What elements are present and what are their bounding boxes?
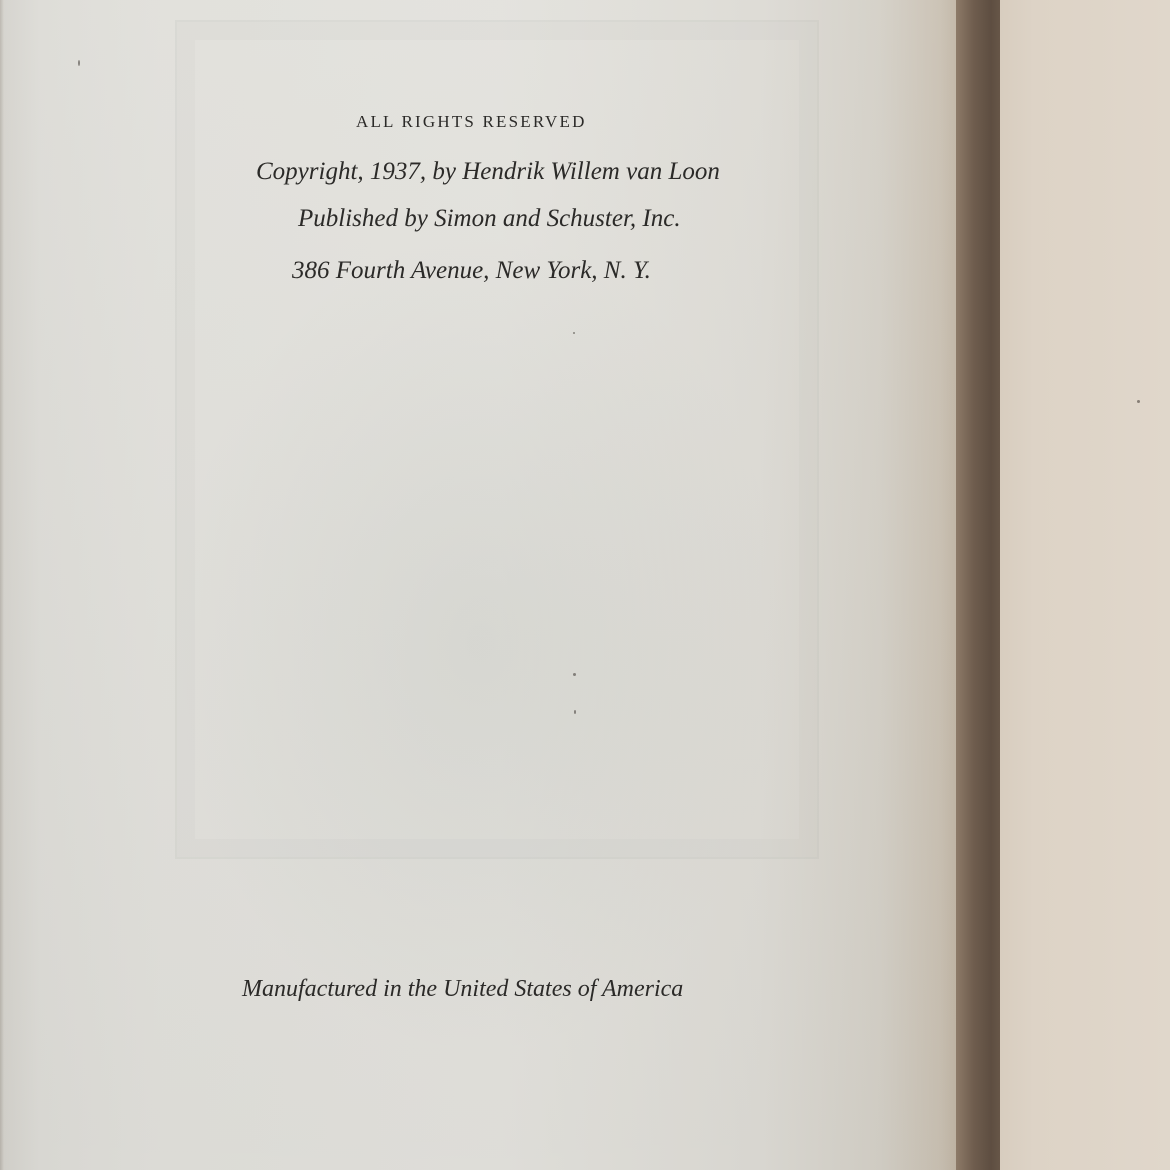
paper-speck	[574, 710, 576, 714]
paper-speck	[573, 673, 576, 676]
paper-speck	[78, 60, 80, 66]
show-through-frame	[175, 20, 819, 859]
right-page	[1000, 0, 1170, 1170]
publisher-line: Published by Simon and Schuster, Inc.	[298, 205, 681, 233]
copyright-line: Copyright, 1937, by Hendrik Willem van L…	[256, 158, 720, 186]
paper-speck	[1137, 400, 1140, 403]
book-photo: ALL RIGHTS RESERVED Copyright, 1937, by …	[0, 0, 1170, 1170]
address-line: 386 Fourth Avenue, New York, N. Y.	[292, 257, 651, 285]
manufactured-line: Manufactured in the United States of Ame…	[242, 976, 683, 1003]
rights-reserved-line: ALL RIGHTS RESERVED	[356, 112, 587, 132]
paper-speck	[573, 332, 575, 334]
gutter-shadow	[956, 0, 1006, 1170]
